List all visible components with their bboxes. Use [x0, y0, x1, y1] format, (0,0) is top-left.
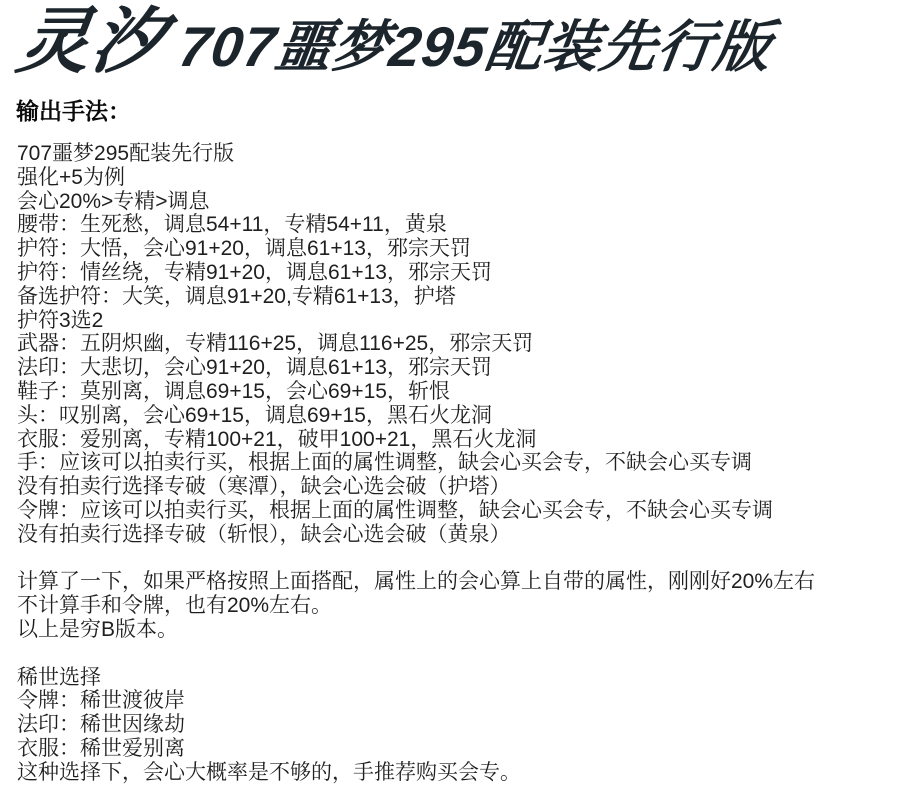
- crit-summary-paragraph: 计算了一下，如果严格按照上面搭配，属性上的会心算上自带的属性，刚刚好20%左右不…: [17, 570, 902, 641]
- text-line: 法印：大悲切，会心91+20，调息61+13，邪宗天罚: [17, 356, 902, 380]
- text-line: 计算了一下，如果严格按照上面搭配，属性上的会心算上自带的属性，刚刚好20%左右: [17, 570, 902, 594]
- text-line: 护符：情丝绕，专精91+20，调息61+13，邪宗天罚: [17, 261, 902, 285]
- text-line: 707噩梦295配装先行版: [17, 142, 902, 166]
- text-line: 法印：稀世因缘劫: [17, 713, 902, 737]
- section-label-output-method: 输出手法：: [16, 98, 902, 124]
- document-content: 707噩梦295配装先行版强化+5为例会心20%>专精>调息腰带：生死愁，调息5…: [17, 142, 902, 785]
- text-line: 强化+5为例: [17, 166, 902, 190]
- page-title: 707噩梦295配装先行版: [176, 19, 776, 75]
- text-line: 衣服：爱别离，专精100+21，破甲100+21，黑石火龙洞: [17, 428, 902, 452]
- text-line: 衣服：稀世爱别离: [17, 737, 902, 761]
- text-line: 备选护符：大笑，调息91+20,专精61+13，护塔: [17, 285, 902, 309]
- brand-logo: 灵汐: [13, 6, 171, 78]
- text-line: 令牌：应该可以拍卖行买，根据上面的属性调整，缺会心买会专，不缺会心买专调: [17, 499, 902, 523]
- document-page: 灵汐 707噩梦295配装先行版 输出手法： 707噩梦295配装先行版强化+5…: [0, 0, 902, 800]
- text-line: 这种选择下，会心大概率是不够的，手推荐购买会专。: [17, 761, 902, 785]
- rare-choice-paragraph: 稀世选择令牌：稀世渡彼岸法印：稀世因缘劫衣服：稀世爱别离这种选择下，会心大概率是…: [17, 666, 902, 785]
- text-line: 护符：大悟，会心91+20，调息61+13，邪宗天罚: [17, 237, 902, 261]
- text-line: 腰带：生死愁，调息54+11，专精54+11，黄泉: [17, 213, 902, 237]
- text-line: 不计算手和令牌，也有20%左右。: [17, 594, 902, 618]
- text-line: 手：应该可以拍卖行买，根据上面的属性调整，缺会心买会专，不缺会心买专调: [17, 451, 902, 475]
- text-line: 以上是穷B版本。: [17, 618, 902, 642]
- text-line: 护符3选2: [17, 309, 902, 333]
- text-line: 令牌：稀世渡彼岸: [17, 689, 902, 713]
- document-header: 灵汐 707噩梦295配装先行版: [0, 6, 902, 86]
- text-line: 会心20%>专精>调息: [17, 190, 902, 214]
- text-line: 没有拍卖行选择专破（斩恨），缺会心选会破（黄泉）: [17, 523, 902, 547]
- text-line: 稀世选择: [17, 666, 902, 690]
- build-config-paragraph: 707噩梦295配装先行版强化+5为例会心20%>专精>调息腰带：生死愁，调息5…: [17, 142, 902, 547]
- text-line: 没有拍卖行选择专破（寒潭），缺会心选会破（护塔）: [17, 475, 902, 499]
- text-line: 武器：五阴炽幽，专精116+25，调息116+25，邪宗天罚: [17, 332, 902, 356]
- text-line: 鞋子：莫别离，调息69+15，会心69+15，斩恨: [17, 380, 902, 404]
- text-line: 头：叹别离，会心69+15，调息69+15，黑石火龙洞: [17, 404, 902, 428]
